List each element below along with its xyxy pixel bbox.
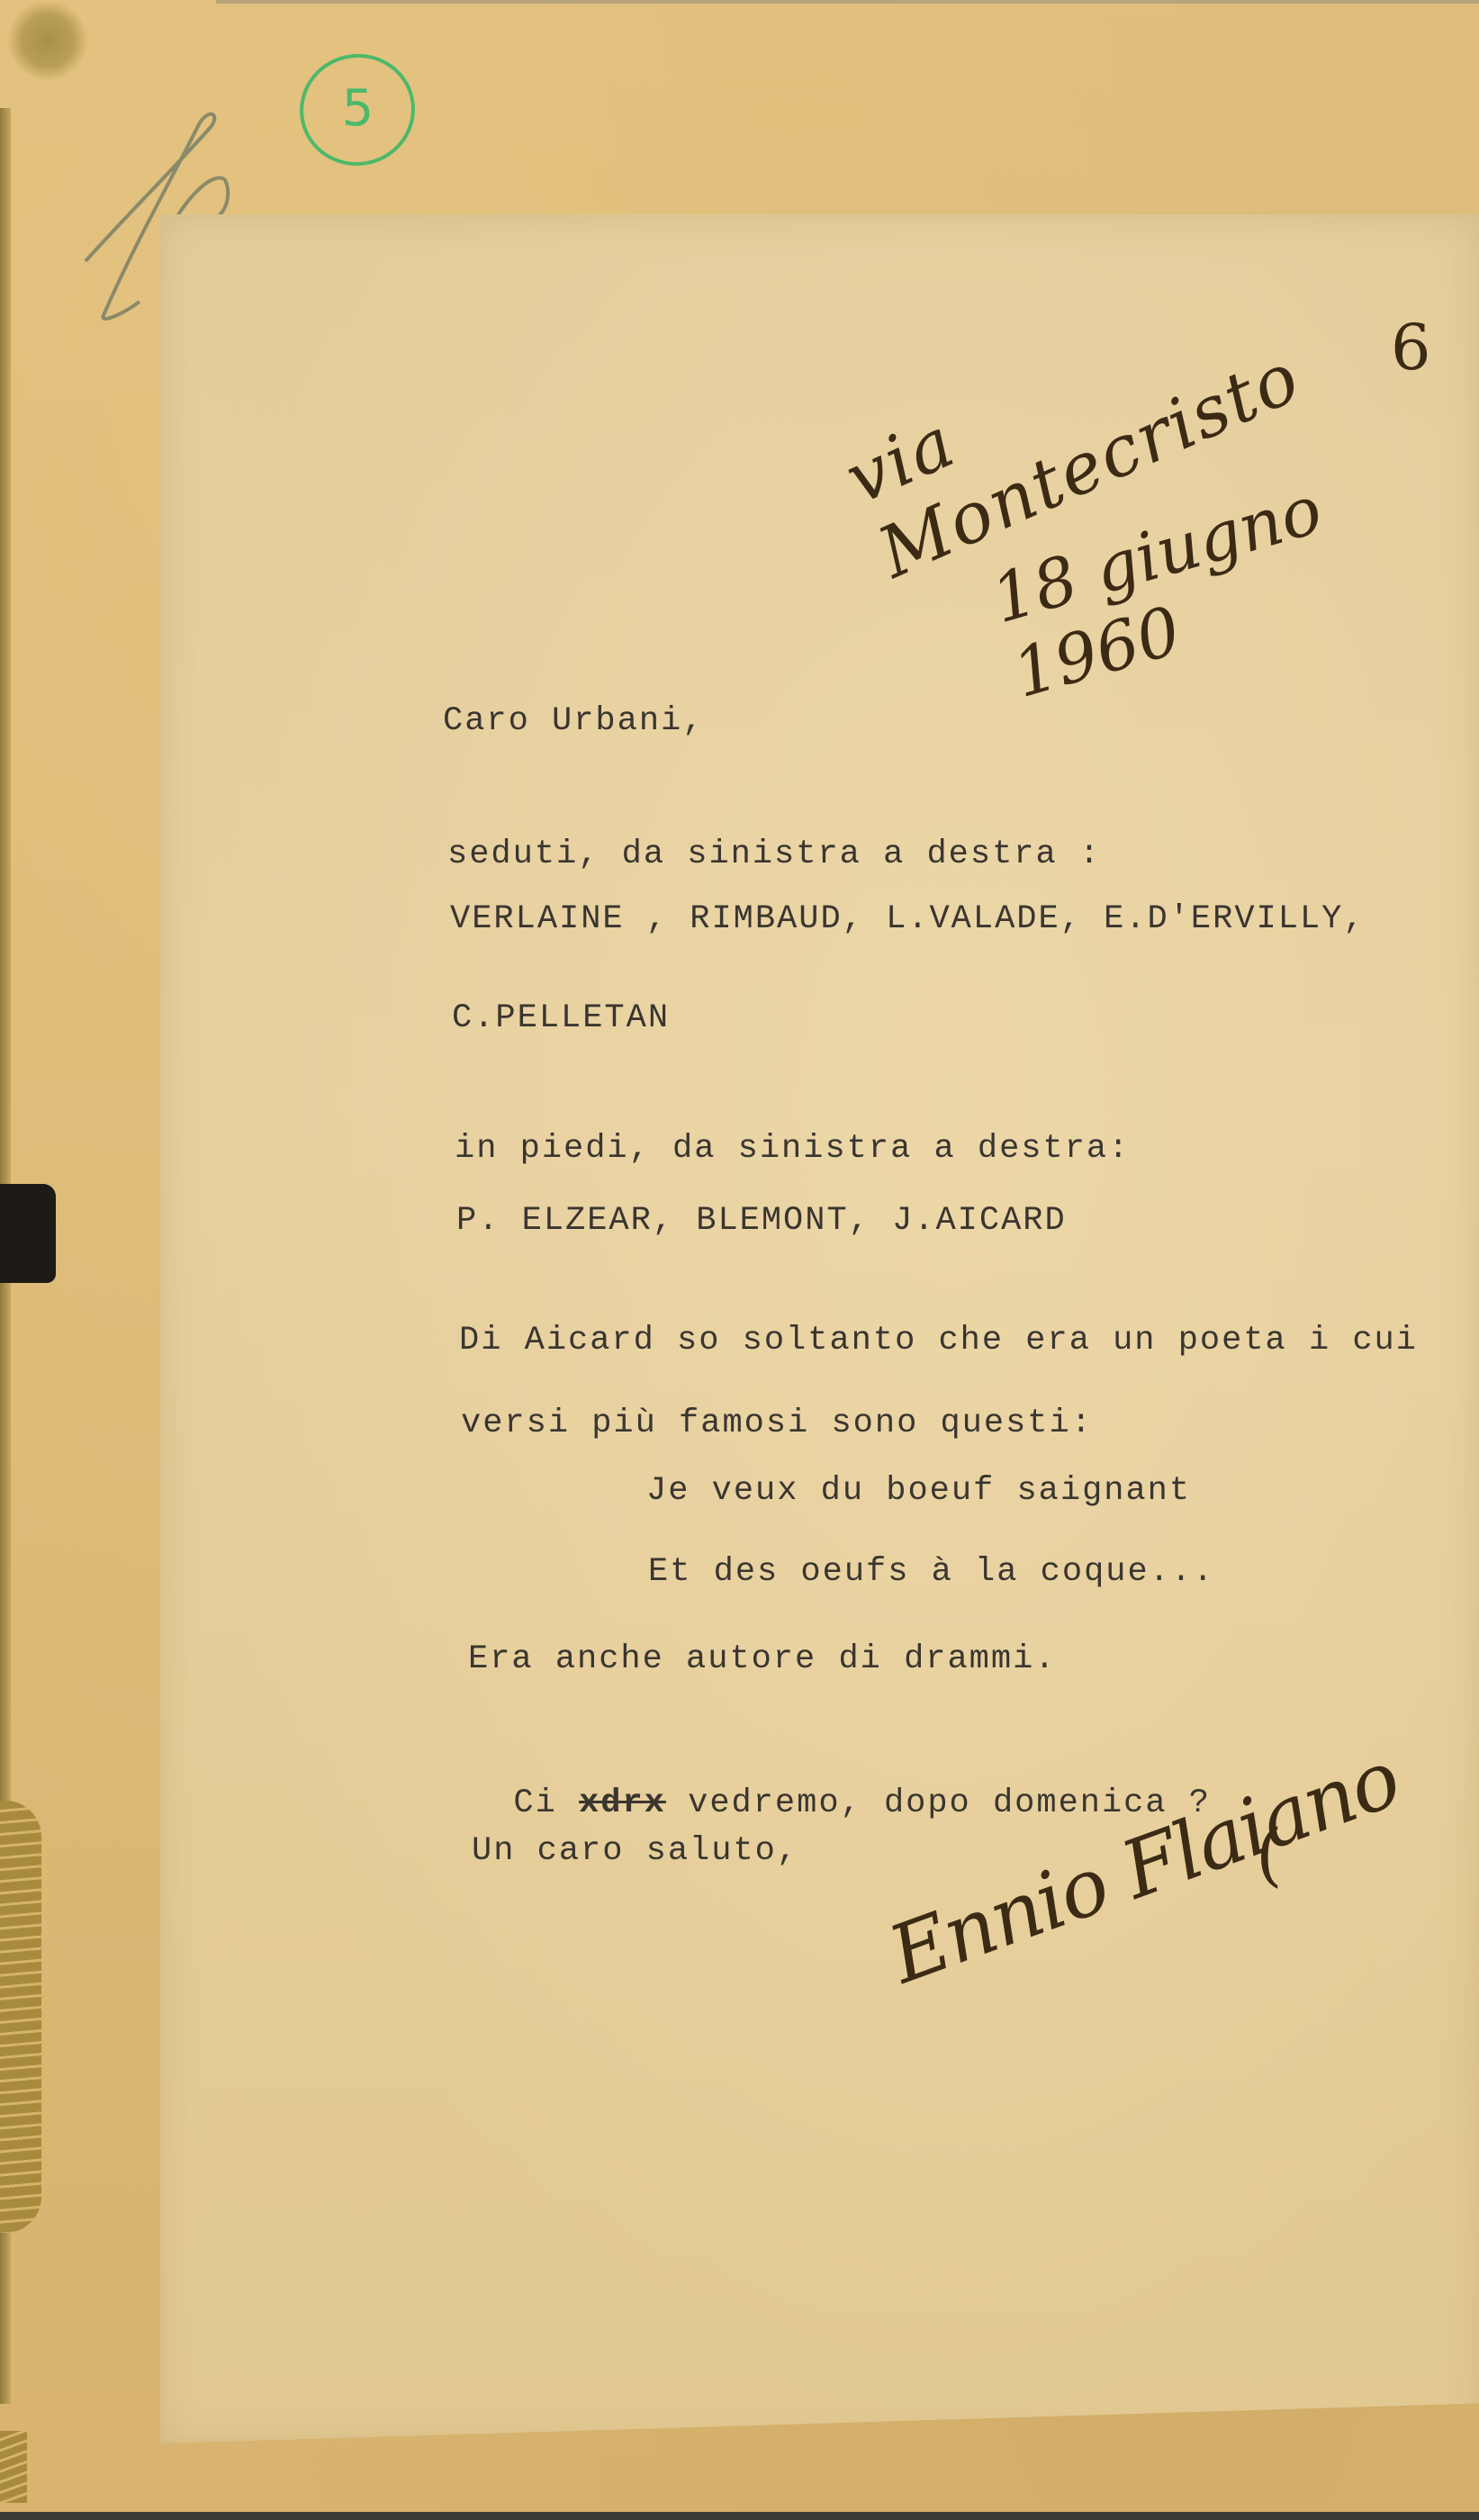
seated-names-line-1: VERLAINE , RIMBAUD, L.VALADE, E.D'ERVILL… bbox=[450, 900, 1366, 938]
black-tape-tab bbox=[0, 1184, 56, 1283]
handwritten-address-number: 6 bbox=[1391, 311, 1431, 384]
seated-names-line-2: C.PELLETAN bbox=[452, 999, 670, 1037]
torn-edge-left bbox=[0, 1801, 41, 2233]
aicard-line-1: Di Aicard so soltanto che era un poeta i… bbox=[459, 1322, 1418, 1359]
struck-word: xdrx bbox=[579, 1784, 666, 1822]
question-line: Ci xdrx vedremo, dopo domenica ? bbox=[470, 1747, 1211, 1822]
torn-corner-bottom bbox=[0, 2431, 27, 2503]
circled-number: 5 bbox=[293, 45, 423, 171]
seated-heading: seduti, da sinistra a destra : bbox=[447, 835, 1101, 873]
question-prefix: Ci bbox=[513, 1784, 556, 1822]
mount-bottom-edge bbox=[0, 2512, 1479, 2520]
standing-names: P. ELZEAR, BLEMONT, J.AICARD bbox=[456, 1202, 1067, 1240]
salutation: Caro Urbani, bbox=[443, 702, 704, 740]
standing-heading: in piedi, da sinistra a destra: bbox=[455, 1130, 1130, 1168]
mount-top-edge bbox=[216, 0, 1479, 4]
torn-corner-top bbox=[7, 0, 88, 81]
closing: Un caro saluto, bbox=[472, 1832, 798, 1870]
aicard-line-2: versi più famosi sono questi: bbox=[461, 1405, 1093, 1442]
dramas-line: Era anche autore di drammi. bbox=[468, 1640, 1057, 1678]
verse-line-2: Et des oeufs à la coque... bbox=[648, 1553, 1214, 1591]
circled-number-annotation: 5 bbox=[293, 45, 423, 171]
question-rest: vedremo, dopo domenica ? bbox=[688, 1784, 1211, 1822]
verse-line-1: Je veux du boeuf saignant bbox=[646, 1472, 1191, 1510]
